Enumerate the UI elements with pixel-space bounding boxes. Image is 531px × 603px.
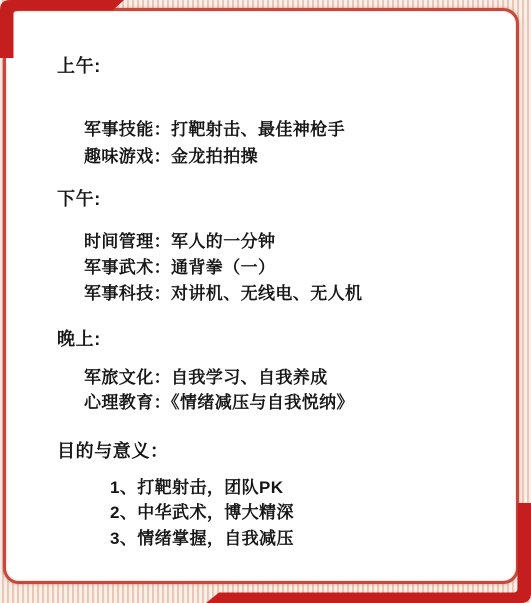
purpose-line: 3、情绪掌握，自我减压 [110, 529, 294, 549]
purpose-line: 2、中华武术，博大精深 [110, 503, 294, 523]
section-heading-afternoon: 下午: [57, 189, 101, 209]
schedule-line: 心理教育：《情绪减压与自我悦纳》 [84, 393, 354, 413]
schedule-line: 军事武术：通背拳（一） [84, 258, 275, 278]
schedule-line: 时间管理：军人的一分钟 [84, 232, 275, 252]
schedule-flyer: 上午: 军事技能：打靶射击、最佳神枪手 趣味游戏：金龙拍拍操 下午: 时间管理：… [0, 0, 531, 603]
section-heading-purpose: 目的与意义： [57, 441, 169, 461]
schedule-line: 军事技能：打靶射击、最佳神枪手 [84, 120, 345, 140]
schedule-line: 趣味游戏：金龙拍拍操 [84, 147, 258, 167]
purpose-line: 1、打靶射击，团队PK [110, 478, 283, 498]
schedule-line: 军旅文化：自我学习、自我养成 [84, 368, 328, 388]
schedule-line: 军事科技：对讲机、无线电、无人机 [84, 284, 362, 304]
section-heading-evening: 晚上: [57, 329, 101, 349]
section-heading-morning: 上午: [57, 56, 101, 76]
